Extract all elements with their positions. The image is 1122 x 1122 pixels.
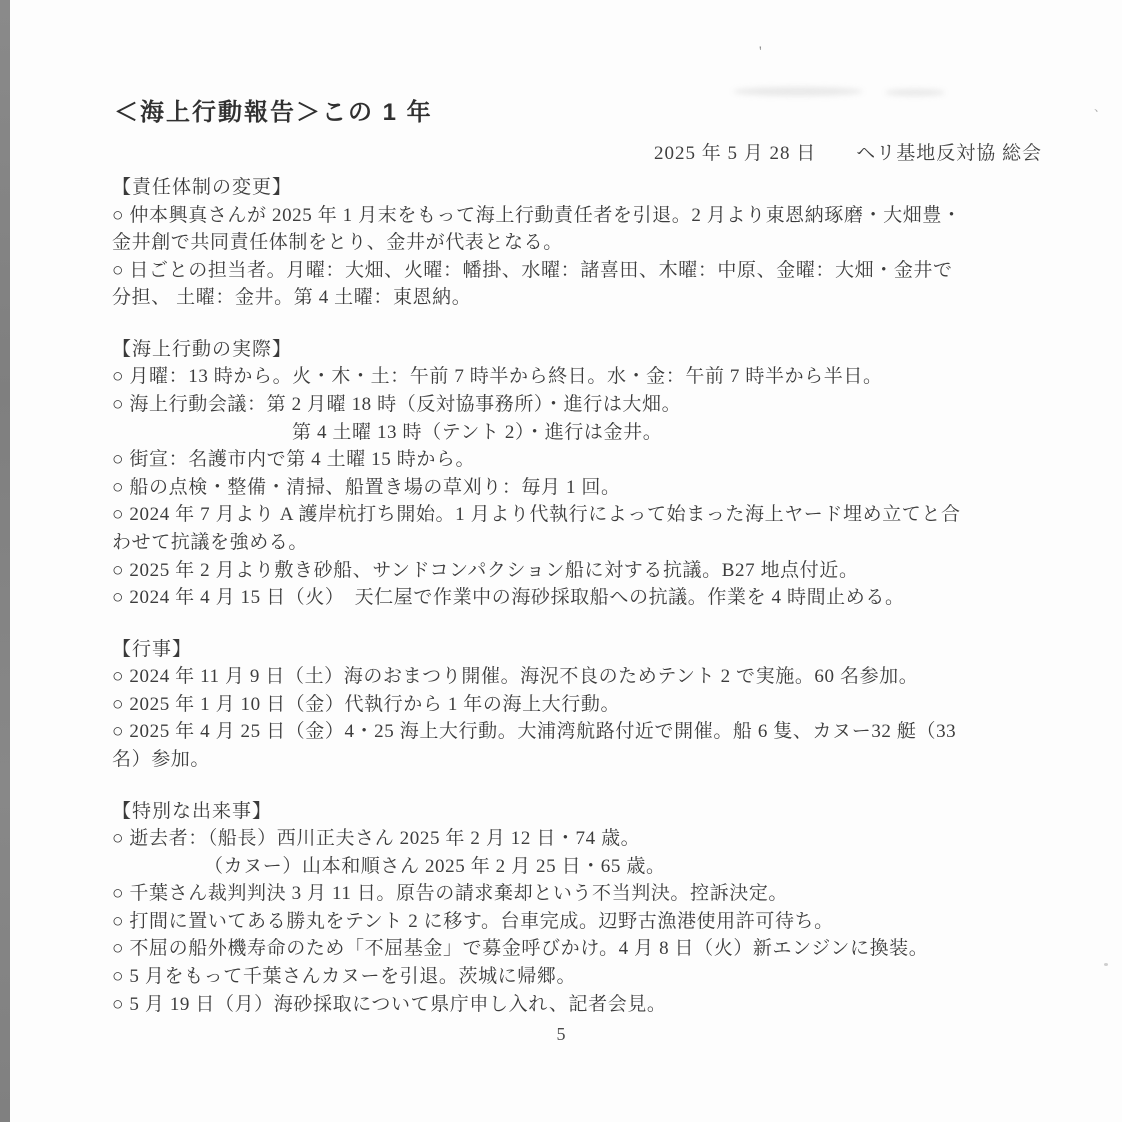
section-heading: 【特別な出来事】 bbox=[112, 798, 1072, 826]
section-heading: 【海上行動の実際】 bbox=[112, 336, 1072, 364]
text-line: ○ 打間に置いてある勝丸をテント 2 に移す。台車完成。辺野古漁港使用許可待ち。 bbox=[112, 908, 1072, 936]
text-line: ○ 2025 年 2 月より敷き砂船、サンドコンパクション船に対する抗議。B27… bbox=[112, 557, 1072, 585]
section-heading: 【責任体制の変更】 bbox=[112, 174, 1072, 202]
scan-speck bbox=[1104, 963, 1108, 966]
scanned-document-page: ' 、 ＜海上行動報告＞この 1 年 2025 年 5 月 28 日 ヘリ基地反… bbox=[0, 0, 1122, 1122]
page-title: ＜海上行動報告＞この 1 年 bbox=[114, 92, 433, 127]
scan-smudge bbox=[885, 89, 945, 96]
text-line: ○ 月曜：13 時から。火・木・土：午前 7 時半から終日。水・金：午前 7 時… bbox=[112, 363, 1072, 391]
report-section: 【行事】○ 2024 年 11 月 9 日（土）海のおまつり開催。海況不良のため… bbox=[112, 636, 1072, 774]
text-line: ○ 2024 年 11 月 9 日（土）海のおまつり開催。海況不良のためテント … bbox=[112, 663, 1072, 691]
text-line: 名）参加。 bbox=[112, 746, 1072, 774]
text-line: ○ 街宣：名護市内で第 4 土曜 15 時から。 bbox=[112, 446, 1072, 474]
scan-artifact-mark: 、 bbox=[1094, 98, 1106, 115]
report-section: 【特別な出来事】○ 逝去者：（船長）西川正夫さん 2025 年 2 月 12 日… bbox=[112, 798, 1072, 1019]
text-line: 第 4 土曜 13 時（テント 2）・進行は金井。 bbox=[292, 419, 1072, 447]
scan-edge-bar bbox=[0, 0, 10, 1122]
text-line: ○ 仲本興真さんが 2025 年 1 月末をもって海上行動責任者を引退。2 月よ… bbox=[112, 202, 1072, 230]
text-line: （カヌー）山本和順さん 2025 年 2 月 25 日・65 歳。 bbox=[204, 853, 1072, 881]
page-number: 5 bbox=[0, 1024, 1122, 1045]
text-line: 分担、 土曜：金井。第 4 土曜：東恩納。 bbox=[112, 284, 1072, 312]
text-line: ○ 2024 年 7 月より A 護岸杭打ち開始。1 月より代執行によって始まっ… bbox=[112, 501, 1072, 529]
text-line: ○ 不屈の船外機寿命のため「不屈基金」で募金呼びかけ。4 月 8 日（火）新エン… bbox=[112, 935, 1072, 963]
report-section: 【海上行動の実際】○ 月曜：13 時から。火・木・土：午前 7 時半から終日。水… bbox=[112, 336, 1072, 612]
document-body: 【責任体制の変更】○ 仲本興真さんが 2025 年 1 月末をもって海上行動責任… bbox=[112, 174, 1072, 1018]
text-line: ○ 日ごとの担当者。月曜：大畑、火曜：幡掛、水曜：諸喜田、木曜：中原、金曜：大畑… bbox=[112, 257, 1072, 285]
text-line: 金井創で共同責任体制をとり、金井が代表となる。 bbox=[112, 229, 1072, 257]
text-line: ○ 2024 年 4 月 15 日（火） 天仁屋で作業中の海砂採取船への抗議。作… bbox=[112, 584, 1072, 612]
text-line: わせて抗議を強める。 bbox=[112, 529, 1072, 557]
text-line: ○ 2025 年 1 月 10 日（金）代執行から 1 年の海上大行動。 bbox=[112, 691, 1072, 719]
text-line: ○ 海上行動会議：第 2 月曜 18 時（反対協事務所）・進行は大畑。 bbox=[112, 391, 1072, 419]
text-line: ○ 5 月 19 日（月）海砂採取について県庁申し入れ、記者会見。 bbox=[112, 991, 1072, 1019]
text-line: ○ 5 月をもって千葉さんカヌーを引退。茨城に帰郷。 bbox=[112, 963, 1072, 991]
text-line: ○ 2025 年 4 月 25 日（金）4・25 海上大行動。大浦湾航路付近で開… bbox=[112, 718, 1072, 746]
scan-smudge bbox=[733, 87, 863, 96]
scan-artifact-mark: ' bbox=[759, 44, 762, 61]
text-line: ○ 逝去者：（船長）西川正夫さん 2025 年 2 月 12 日・74 歳。 bbox=[112, 825, 1072, 853]
text-line: ○ 千葉さん裁判判決 3 月 11 日。原告の請求棄却という不当判決。控訴決定。 bbox=[112, 880, 1072, 908]
dateline: 2025 年 5 月 28 日 ヘリ基地反対協 総会 bbox=[654, 138, 1042, 165]
text-line: ○ 船の点検・整備・清掃、船置き場の草刈り：毎月 1 回。 bbox=[112, 474, 1072, 502]
report-section: 【責任体制の変更】○ 仲本興真さんが 2025 年 1 月末をもって海上行動責任… bbox=[112, 174, 1072, 312]
section-heading: 【行事】 bbox=[112, 636, 1072, 664]
